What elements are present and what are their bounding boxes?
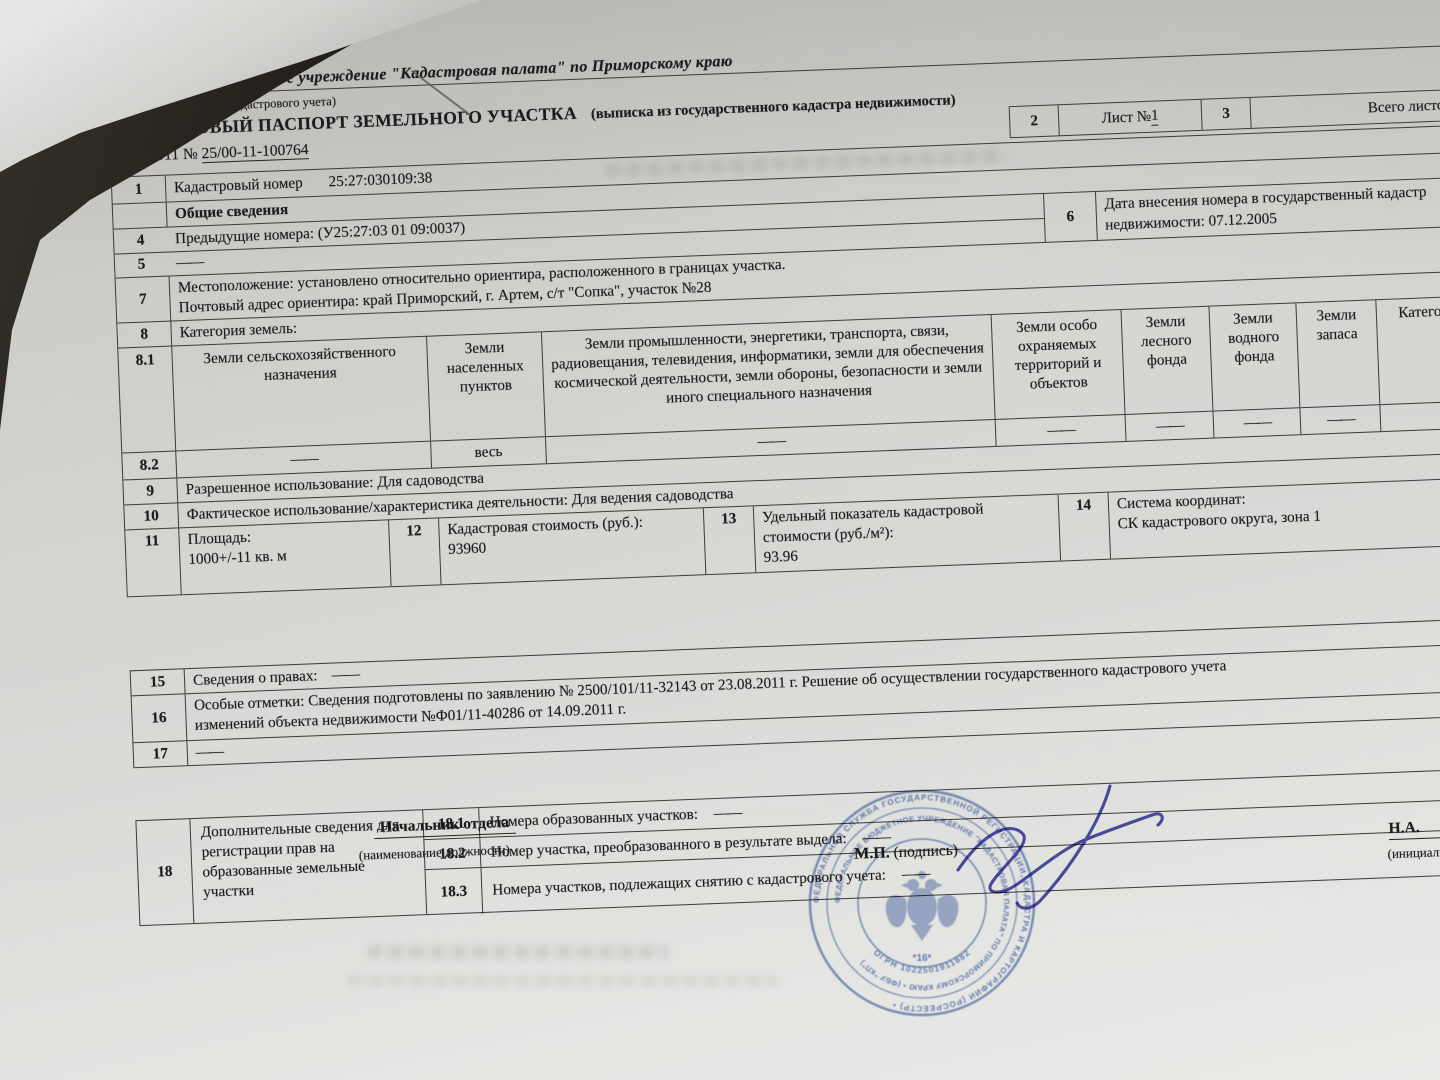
category-reserve: Земли запаса [1295,300,1379,407]
row-number: 9 [123,478,177,504]
row-number: 15 [131,669,185,695]
row-number: 8.2 [122,451,176,479]
category-agricultural: Земли сельскохозяйственного назначения [171,337,430,451]
row-number: 11 [125,528,180,596]
cell-3: 3 [1201,98,1251,130]
row-number [113,203,167,229]
date-prefix: 15.09.2011 № [110,145,202,166]
row-number: 4 [114,230,168,250]
sheet-number-cell: Лист № 1 [1058,100,1202,135]
signature-ink [880,760,1200,930]
rights-label: Сведения о правах: [193,667,318,690]
row-number: 8 [117,322,171,348]
bleedthrough-streak [348,976,778,986]
main-table: 1 Кадастровый номер 25:27:030109:38 Общи… [111,120,1440,597]
total-sheets-label: Всего листов: [1367,97,1440,117]
sheet-label: Лист № [1101,108,1151,127]
row-number: 1 [112,176,166,204]
row-number: 6 [1043,192,1097,242]
row-number: 12 [388,518,440,586]
category-settlements: Земли населенных пунктов [426,332,545,440]
row-number: 18.3 [426,868,484,916]
value-settlements: весь [430,437,546,467]
row-number: 13 [703,506,755,574]
row-number: 8.1 [118,347,175,453]
value-forest: —— [1125,412,1214,441]
cell-2: 2 [1010,105,1059,137]
category-forest: Земли лесного фонда [1121,307,1213,414]
category-industrial: Земли промышленности, энергетики, трансп… [541,315,995,436]
category-not-set: Категория не установлена [1375,292,1440,404]
rights-dash: —— [331,666,358,685]
row-number: 10 [124,503,178,529]
bleedthrough-streak [368,945,668,959]
area-cell: Площадь: 1000+/-11 кв. м [178,520,390,594]
row-number: 16 [132,694,187,742]
cadastral-cost-cell: Кадастровая стоимость (руб.): 93960 [438,508,705,584]
specific-cost-cell: Удельный показатель кадастровой стоимост… [753,495,1060,573]
row-number: 17 [133,741,187,767]
category-protected: Земли особо охраняемых территорий и объе… [991,310,1125,419]
row-5-dash: —— [168,253,211,273]
value-protected: —— [995,415,1126,446]
cadastral-number-value: 25:27:030109:38 [328,169,432,191]
row-number: 7 [116,277,171,323]
initials-value: Н.А. [1388,816,1440,841]
row-number: 14 [1058,493,1110,561]
cadastral-number-label: Кадастровый номер [174,174,303,197]
document-page: Федеральное бюджетное учреждение "Кадаст… [0,0,1440,1080]
value-reserve: —— [1299,405,1380,434]
formed-parcels-dash: —— [714,804,741,823]
row-number: 5 [115,255,169,275]
formed-parcels-label: Номера образованных участков: [489,805,698,831]
row-number: 18 [136,819,193,925]
sheet-value: 1 [1151,107,1159,125]
category-water: Земли водного фонда [1208,303,1299,410]
initials-caption: (инициалы, [1387,844,1440,862]
photo-of-document: Федеральное бюджетное учреждение "Кадаст… [0,0,1440,1080]
stamp-code: *16* [913,953,932,964]
value-water: —— [1212,408,1300,437]
